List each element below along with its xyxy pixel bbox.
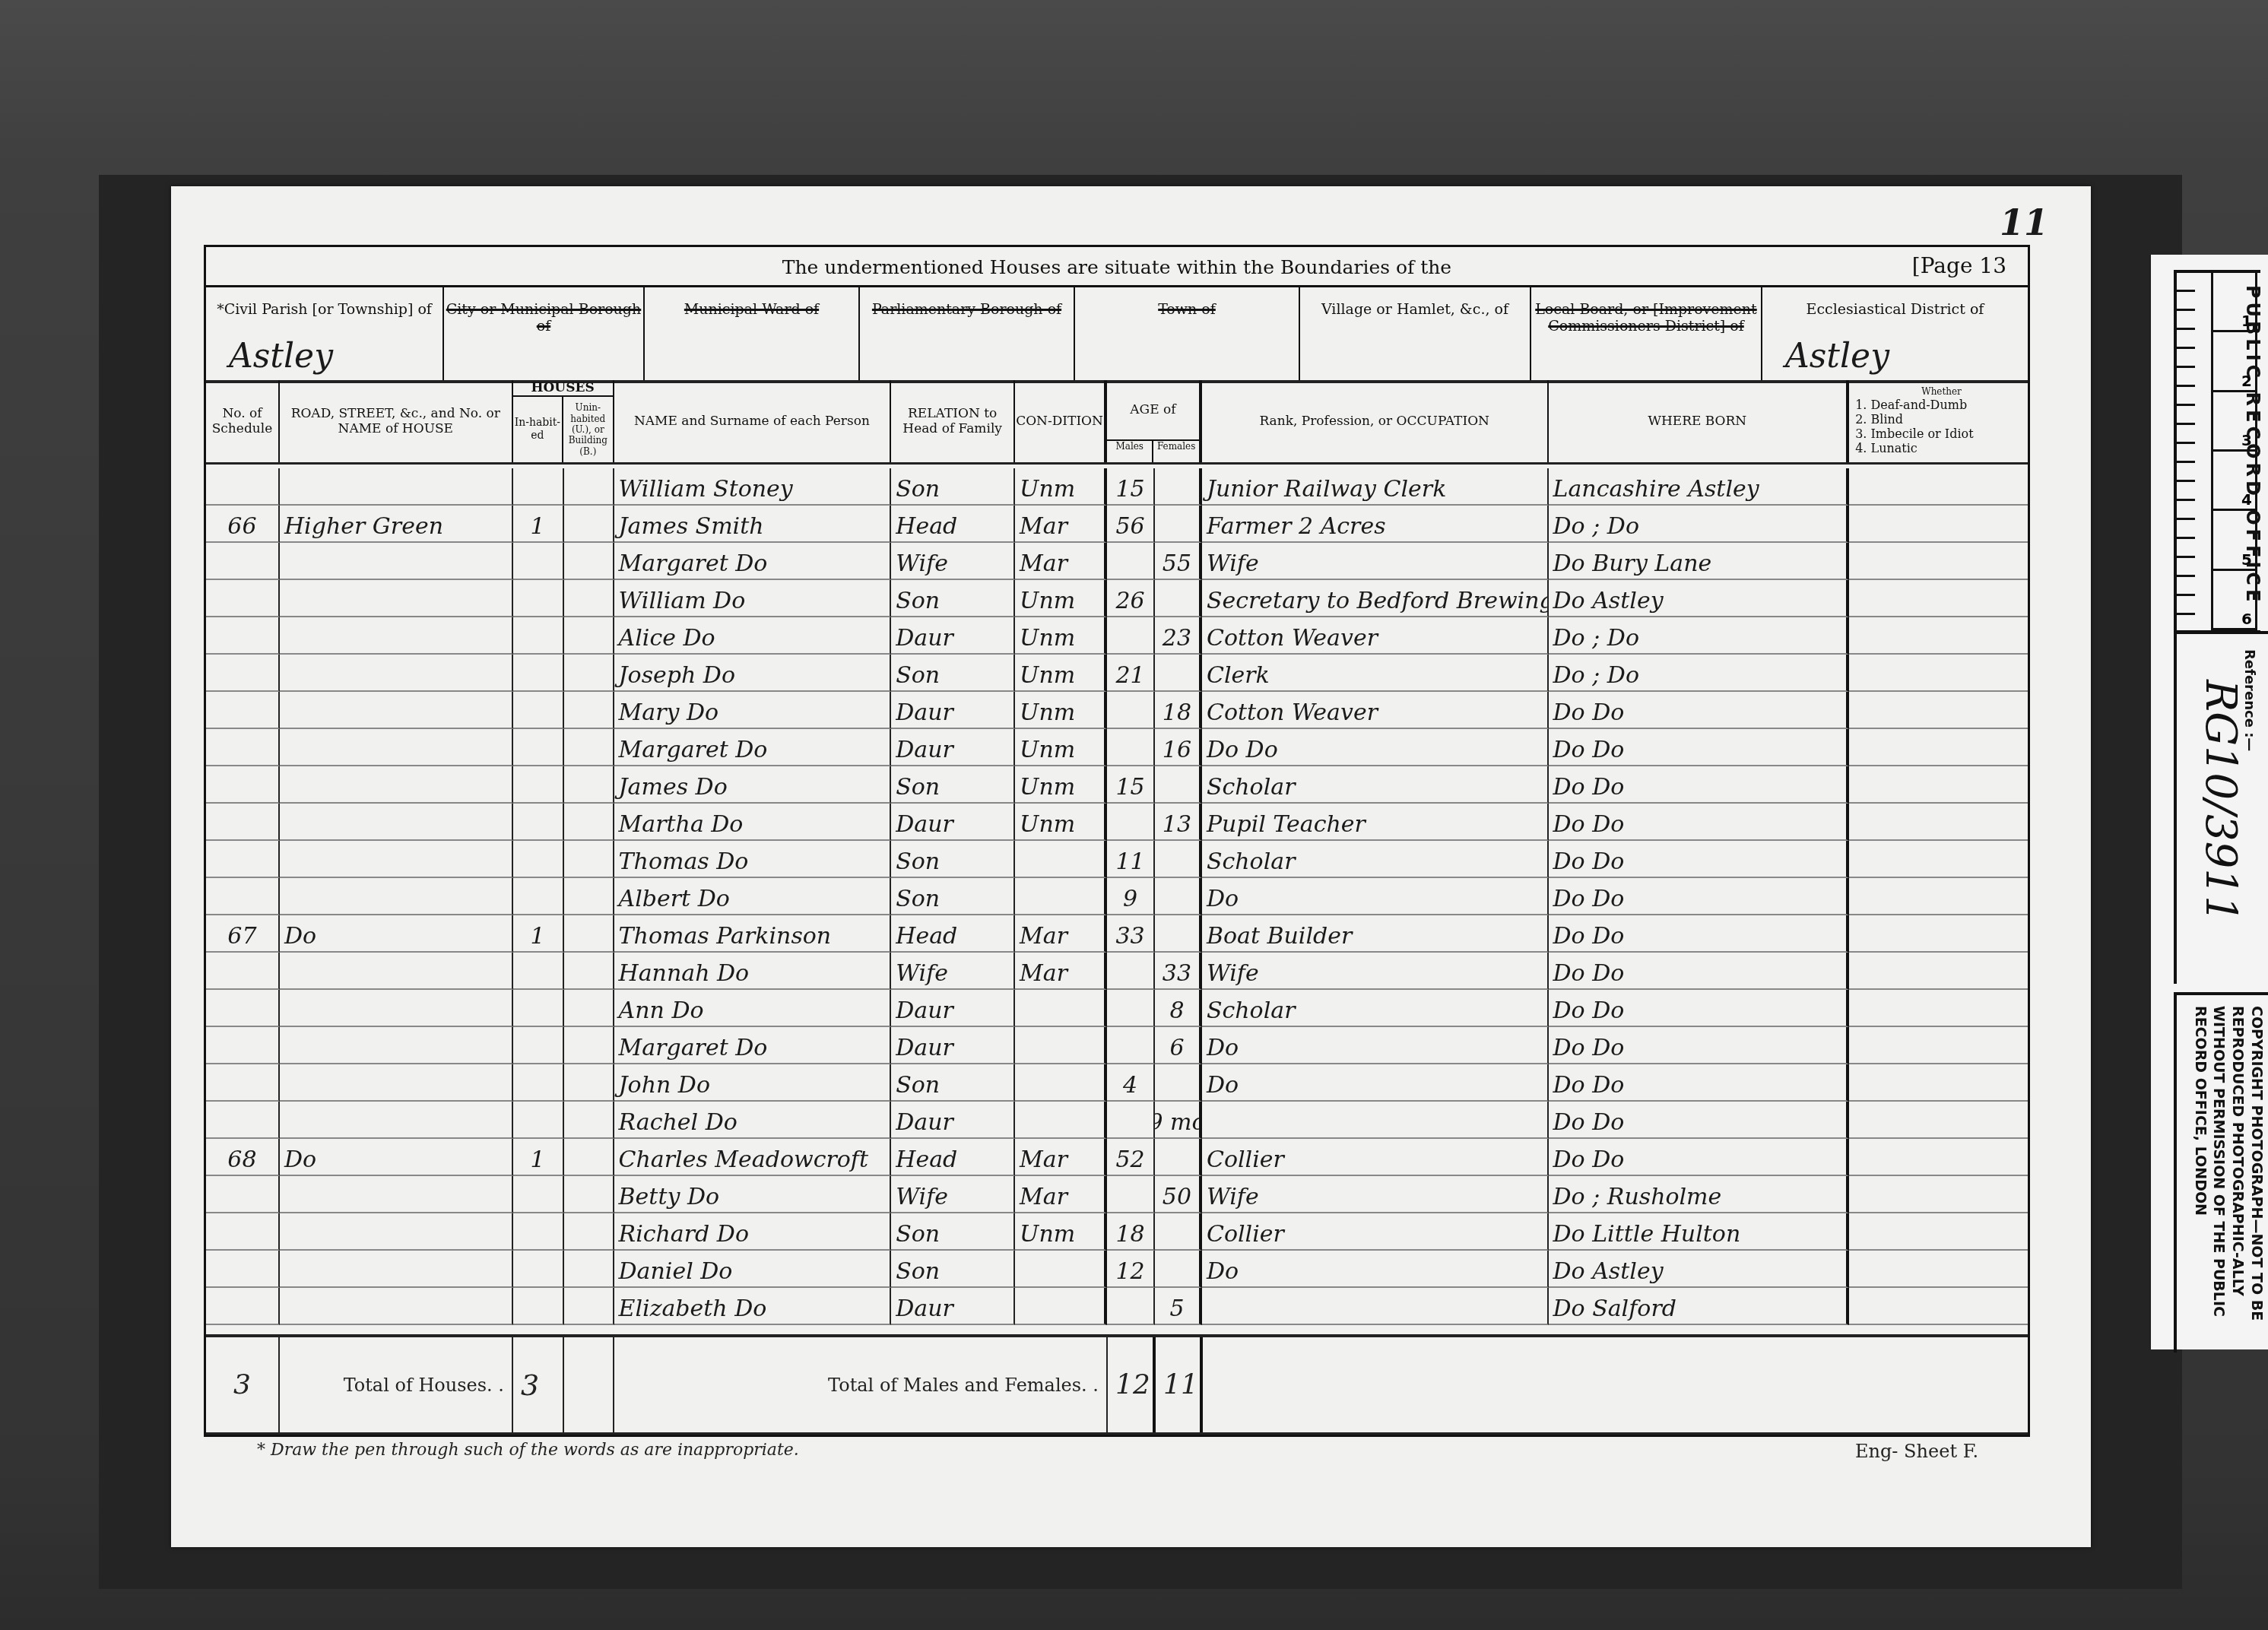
relation-cell: Head <box>891 506 1015 543</box>
road-cell <box>280 878 513 915</box>
relation-cell: Head <box>891 1139 1015 1176</box>
schedule-cell <box>206 1064 280 1102</box>
relation-cell: Son <box>891 766 1015 804</box>
schedule-cell <box>206 692 280 729</box>
female-age-cell <box>1155 1251 1202 1288</box>
form-title: The undermentioned Houses are situate wi… <box>206 256 2028 278</box>
uninhabited-cell <box>564 878 614 915</box>
condition-cell: Unm <box>1015 617 1107 655</box>
male-age-cell: 33 <box>1107 915 1155 953</box>
where-born-cell: Do ; Do <box>1549 506 1850 543</box>
col-occupation: Rank, Profession, or OCCUPATION <box>1202 380 1549 462</box>
table-row: Mary DoDaurUnm18Cotton WeaverDo Do <box>206 692 2028 729</box>
table-row: 67Do1Thomas ParkinsonHeadMar33Boat Build… <box>206 915 2028 953</box>
inhabited-cell <box>513 617 564 655</box>
boundary-label: Village or Hamlet, &c., of <box>1300 301 1530 318</box>
infirmity-cell <box>1849 506 2028 543</box>
male-age-cell <box>1107 617 1155 655</box>
record-office-strip: 1 2 3 4 5 6 PUBLIC RECORD OFFICE Referen… <box>2149 255 2268 1349</box>
table-row: William DoSonUnm26Secretary to Bedford B… <box>206 580 2028 617</box>
inhabited-cell <box>513 1064 564 1102</box>
where-born-cell: Do Astley <box>1549 580 1850 617</box>
schedule-cell <box>206 1176 280 1213</box>
where-born-cell: Do Bury Lane <box>1549 543 1850 580</box>
table-row: Thomas DoSon11ScholarDo Do <box>206 841 2028 878</box>
where-born-cell: Do ; Do <box>1549 617 1850 655</box>
schedule-cell: 67 <box>206 915 280 953</box>
total-females: 11 <box>1156 1337 1203 1432</box>
condition-cell: Unm <box>1015 729 1107 766</box>
inhabited-cell <box>513 543 564 580</box>
road-cell <box>280 804 513 841</box>
where-born-cell: Do Do <box>1549 1102 1850 1139</box>
ecclesiastical-district-cell: Ecclesiastical District of Astley <box>1762 287 2028 380</box>
name-cell: James Do <box>614 766 892 804</box>
col-condition: CON-DITION <box>1015 380 1107 462</box>
total-uninhabited <box>564 1337 614 1432</box>
occupation-cell: Junior Railway Clerk <box>1202 468 1549 506</box>
female-age-cell: 23 <box>1155 617 1202 655</box>
uninhabited-cell <box>564 543 614 580</box>
schedule-cell <box>206 1288 280 1325</box>
infirmity-cell <box>1849 1139 2028 1176</box>
occupation-cell: Do Do <box>1202 729 1549 766</box>
female-age-cell: 5 <box>1155 1288 1202 1325</box>
table-row: Elizabeth DoDaur5Do Salford <box>206 1288 2028 1325</box>
table-row: Albert DoSon9DoDo Do <box>206 878 2028 915</box>
occupation-cell: Scholar <box>1202 990 1549 1027</box>
record-office-title: PUBLIC RECORD OFFICE <box>2242 285 2263 605</box>
road-cell: Do <box>280 915 513 953</box>
relation-cell: Son <box>891 468 1015 506</box>
name-cell: Alice Do <box>614 617 892 655</box>
relation-cell: Wife <box>891 543 1015 580</box>
inhabited-cell <box>513 953 564 990</box>
road-cell: Do <box>280 1139 513 1176</box>
condition-cell: Mar <box>1015 1176 1107 1213</box>
female-age-cell: 6 <box>1155 1027 1202 1064</box>
infirmity-cell <box>1849 766 2028 804</box>
relation-cell: Son <box>891 655 1015 692</box>
relation-cell: Daur <box>891 1288 1015 1325</box>
inhabited-cell <box>513 1176 564 1213</box>
relation-cell: Daur <box>891 804 1015 841</box>
page-number-stamp: 11 <box>2000 202 2048 243</box>
where-born-cell: Do Do <box>1549 729 1850 766</box>
uninhabited-cell <box>564 617 614 655</box>
female-age-cell <box>1155 1139 1202 1176</box>
inhabited-cell <box>513 1288 564 1325</box>
uninhabited-cell <box>564 1102 614 1139</box>
road-cell <box>280 692 513 729</box>
relation-cell: Son <box>891 1213 1015 1251</box>
name-cell: Betty Do <box>614 1176 892 1213</box>
name-cell: William Stoney <box>614 468 892 506</box>
inhabited-cell <box>513 804 564 841</box>
municipal-borough-cell: City or Municipal Borough of <box>444 287 645 380</box>
municipal-ward-cell: Municipal Ward of <box>645 287 860 380</box>
inch-ticks <box>2177 273 2213 630</box>
infirmity-cell <box>1849 1176 2028 1213</box>
uninhabited-cell <box>564 766 614 804</box>
boundary-label: Ecclesiastical District of <box>1762 301 2028 318</box>
table-row: Hannah DoWifeMar33WifeDo Do <box>206 953 2028 990</box>
total-males: 12 <box>1108 1337 1156 1432</box>
relation-cell: Daur <box>891 692 1015 729</box>
col-males: Males <box>1107 441 1153 462</box>
occupation-cell: Wife <box>1202 1176 1549 1213</box>
schedule-cell <box>206 878 280 915</box>
where-born-cell: Lancashire Astley <box>1549 468 1850 506</box>
occupation-cell: Do <box>1202 878 1549 915</box>
road-cell <box>280 655 513 692</box>
infirmity-cell <box>1849 841 2028 878</box>
male-age-cell: 12 <box>1107 1251 1155 1288</box>
road-cell <box>280 953 513 990</box>
female-age-cell <box>1155 580 1202 617</box>
female-age-cell <box>1155 468 1202 506</box>
name-cell: Daniel Do <box>614 1251 892 1288</box>
relation-cell: Wife <box>891 953 1015 990</box>
occupation-cell: Pupil Teacher <box>1202 804 1549 841</box>
uninhabited-cell <box>564 953 614 990</box>
schedule-cell <box>206 655 280 692</box>
name-cell: Elizabeth Do <box>614 1288 892 1325</box>
uninhabited-cell <box>564 1251 614 1288</box>
occupation-cell: Do <box>1202 1251 1549 1288</box>
sheet-mark: Eng- Sheet F. <box>1855 1441 1978 1462</box>
male-age-cell <box>1107 692 1155 729</box>
road-cell: Higher Green <box>280 506 513 543</box>
table-row: 68Do1Charles MeadowcroftHeadMar52Collier… <box>206 1139 2028 1176</box>
name-cell: Margaret Do <box>614 729 892 766</box>
condition-cell: Unm <box>1015 580 1107 617</box>
name-cell: Rachel Do <box>614 1102 892 1139</box>
schedule-cell <box>206 1102 280 1139</box>
inhabited-cell <box>513 878 564 915</box>
column-headers: No. of Schedule ROAD, STREET, &c., and N… <box>206 380 2028 465</box>
road-cell <box>280 1251 513 1288</box>
col-inhabited: In-habit-ed <box>513 397 563 462</box>
age-label: AGE of <box>1130 380 1175 439</box>
table-row: Margaret DoWifeMar55WifeDo Bury Lane <box>206 543 2028 580</box>
condition-cell: Unm <box>1015 766 1107 804</box>
uninhabited-cell <box>564 990 614 1027</box>
col-name: NAME and Surname of each Person <box>614 380 892 462</box>
male-age-cell: 52 <box>1107 1139 1155 1176</box>
inhabited-cell: 1 <box>513 915 564 953</box>
uninhabited-cell <box>564 506 614 543</box>
census-entries: William StoneySonUnm15Junior Railway Cle… <box>206 462 2028 1329</box>
where-born-cell: Do Do <box>1549 990 1850 1027</box>
road-cell <box>280 617 513 655</box>
occupation-cell <box>1202 1288 1549 1325</box>
condition-cell: Mar <box>1015 953 1107 990</box>
total-houses-label: Total of Houses. . <box>280 1337 513 1432</box>
where-born-cell: Do Astley <box>1549 1251 1850 1288</box>
road-cell <box>280 1176 513 1213</box>
condition-cell: Mar <box>1015 1139 1107 1176</box>
female-age-cell <box>1155 1064 1202 1102</box>
where-born-cell: Do ; Rusholme <box>1549 1176 1850 1213</box>
condition-cell: Mar <box>1015 915 1107 953</box>
where-born-cell: Do Do <box>1549 1027 1850 1064</box>
male-age-cell: 11 <box>1107 841 1155 878</box>
name-cell: Charles Meadowcroft <box>614 1139 892 1176</box>
col-houses: HOUSES In-habit-ed Unin-habited (U.), or… <box>513 380 614 462</box>
female-age-cell: 50 <box>1155 1176 1202 1213</box>
col-relation: RELATION to Head of Family <box>891 380 1015 462</box>
uninhabited-cell <box>564 1288 614 1325</box>
uninhabited-cell <box>564 915 614 953</box>
schedule-cell <box>206 841 280 878</box>
female-age-cell: 13 <box>1155 804 1202 841</box>
relation-cell: Daur <box>891 990 1015 1027</box>
road-cell <box>280 990 513 1027</box>
infirmity-cell <box>1849 543 2028 580</box>
condition-cell <box>1015 1027 1107 1064</box>
condition-cell <box>1015 1102 1107 1139</box>
female-age-cell <box>1155 766 1202 804</box>
name-cell: Joseph Do <box>614 655 892 692</box>
inhabited-cell <box>513 1251 564 1288</box>
relation-cell: Son <box>891 1251 1015 1288</box>
schedule-cell <box>206 1213 280 1251</box>
condition-cell: Mar <box>1015 543 1107 580</box>
civil-parish-cell: *Civil Parish [or Township] of Astley <box>206 287 444 380</box>
infirmity-cell <box>1849 1251 2028 1288</box>
name-cell: Martha Do <box>614 804 892 841</box>
occupation-cell: Boat Builder <box>1202 915 1549 953</box>
infirmity-cell <box>1849 1213 2028 1251</box>
road-cell <box>280 468 513 506</box>
total-persons-label: Total of Males and Females. . <box>614 1337 1108 1432</box>
census-form: [Page 13 The undermentioned Houses are s… <box>204 245 2030 1437</box>
reference-box: Reference :— RG10/3911 <box>2174 631 2268 984</box>
road-cell <box>280 1102 513 1139</box>
male-age-cell <box>1107 729 1155 766</box>
where-born-cell: Do Salford <box>1549 1288 1850 1325</box>
schedule-cell: 66 <box>206 506 280 543</box>
occupation-cell: Collier <box>1202 1213 1549 1251</box>
footnote: * Draw the pen through such of the words… <box>257 1441 799 1460</box>
male-age-cell: 15 <box>1107 766 1155 804</box>
infirmity-cell <box>1849 1027 2028 1064</box>
relation-cell: Wife <box>891 1176 1015 1213</box>
name-cell: William Do <box>614 580 892 617</box>
infirmity-cell <box>1849 1064 2028 1102</box>
uninhabited-cell <box>564 804 614 841</box>
name-cell: Hannah Do <box>614 953 892 990</box>
boundary-label: City or Municipal Borough of <box>444 301 643 335</box>
where-born-cell: Do Little Hulton <box>1549 1213 1850 1251</box>
total-houses-value: 3 <box>513 1337 564 1432</box>
occupation-cell: Scholar <box>1202 841 1549 878</box>
schedule-cell <box>206 543 280 580</box>
occupation-cell: Clerk <box>1202 655 1549 692</box>
female-age-cell <box>1155 1213 1202 1251</box>
relation-cell: Son <box>891 580 1015 617</box>
inhabited-cell <box>513 692 564 729</box>
total-blank <box>1203 1337 2028 1432</box>
table-row: Rachel DoDaur9 moDo Do <box>206 1102 2028 1139</box>
uninhabited-cell <box>564 1139 614 1176</box>
male-age-cell: 9 <box>1107 878 1155 915</box>
inhabited-cell <box>513 729 564 766</box>
male-age-cell: 15 <box>1107 468 1155 506</box>
table-row: Betty DoWifeMar50WifeDo ; Rusholme <box>206 1176 2028 1213</box>
road-cell <box>280 543 513 580</box>
table-row: Margaret DoDaur6DoDo Do <box>206 1027 2028 1064</box>
totals-row: 3 Total of Houses. . 3 Total of Males an… <box>206 1334 2028 1435</box>
name-cell: James Smith <box>614 506 892 543</box>
parliamentary-borough-cell: Parliamentary Borough of <box>860 287 1075 380</box>
road-cell <box>280 580 513 617</box>
relation-cell: Son <box>891 1064 1015 1102</box>
reference-value: RG10/3911 <box>2196 680 2245 923</box>
relation-cell: Daur <box>891 617 1015 655</box>
infirmity-cell <box>1849 655 2028 692</box>
occupation-cell: Do <box>1202 1027 1549 1064</box>
female-age-cell: 33 <box>1155 953 1202 990</box>
infirmity-cell <box>1849 692 2028 729</box>
schedule-cell: 68 <box>206 1139 280 1176</box>
inhabited-cell <box>513 990 564 1027</box>
copyright-notice: COPYRIGHT PHOTOGRAPH—NOT TO BE REPRODUCE… <box>2190 1006 2266 1353</box>
table-row: William StoneySonUnm15Junior Railway Cle… <box>206 468 2028 506</box>
relation-cell: Daur <box>891 729 1015 766</box>
male-age-cell <box>1107 953 1155 990</box>
male-age-cell: 26 <box>1107 580 1155 617</box>
uninhabited-cell <box>564 841 614 878</box>
table-row: Richard DoSonUnm18CollierDo Little Hulto… <box>206 1213 2028 1251</box>
whether-item: 4. Lunatic <box>1855 441 1917 455</box>
where-born-cell: Do Do <box>1549 766 1850 804</box>
houses-label: HOUSES <box>513 380 613 397</box>
boundaries-header: *Civil Parish [or Township] of Astley Ci… <box>206 285 2028 383</box>
table-row: Joseph DoSonUnm21ClerkDo ; Do <box>206 655 2028 692</box>
condition-cell: Unm <box>1015 804 1107 841</box>
col-females: Females <box>1153 441 1198 462</box>
name-cell: Margaret Do <box>614 1027 892 1064</box>
name-cell: John Do <box>614 1064 892 1102</box>
female-age-cell: 55 <box>1155 543 1202 580</box>
inhabited-cell <box>513 841 564 878</box>
occupation-cell <box>1202 1102 1549 1139</box>
occupation-cell: Scholar <box>1202 766 1549 804</box>
table-row: Daniel DoSon12DoDo Astley <box>206 1251 2028 1288</box>
male-age-cell <box>1107 1027 1155 1064</box>
civil-parish-value: Astley <box>229 337 333 376</box>
boundary-label: Parliamentary Borough of <box>860 301 1074 318</box>
male-age-cell: 18 <box>1107 1213 1155 1251</box>
name-cell: Albert Do <box>614 878 892 915</box>
where-born-cell: Do ; Do <box>1549 655 1850 692</box>
female-age-cell: 8 <box>1155 990 1202 1027</box>
uninhabited-cell <box>564 1027 614 1064</box>
male-age-cell <box>1107 543 1155 580</box>
male-age-cell <box>1107 990 1155 1027</box>
schedule-cell <box>206 729 280 766</box>
relation-cell: Daur <box>891 1027 1015 1064</box>
uninhabited-cell <box>564 1213 614 1251</box>
infirmity-cell <box>1849 1102 2028 1139</box>
relation-cell: Head <box>891 915 1015 953</box>
schedule-cell <box>206 766 280 804</box>
female-age-cell <box>1155 506 1202 543</box>
infirmity-cell <box>1849 580 2028 617</box>
schedule-cell <box>206 468 280 506</box>
male-age-cell: 4 <box>1107 1064 1155 1102</box>
occupation-cell: Farmer 2 Acres <box>1202 506 1549 543</box>
schedule-cell <box>206 1251 280 1288</box>
col-age: AGE of Males Females <box>1107 380 1202 462</box>
table-row: 66Higher Green1James SmithHeadMar56Farme… <box>206 506 2028 543</box>
col-schedule: No. of Schedule <box>206 380 280 462</box>
whether-title: Whether <box>1921 386 1962 397</box>
name-cell: Mary Do <box>614 692 892 729</box>
where-born-cell: Do Do <box>1549 878 1850 915</box>
male-age-cell <box>1107 1102 1155 1139</box>
infirmity-cell <box>1849 990 2028 1027</box>
name-cell: Thomas Do <box>614 841 892 878</box>
inhabited-cell <box>513 468 564 506</box>
female-age-cell <box>1155 915 1202 953</box>
total-schedules: 3 <box>206 1337 280 1432</box>
table-row: Ann DoDaur8ScholarDo Do <box>206 990 2028 1027</box>
uninhabited-cell <box>564 1176 614 1213</box>
schedule-cell <box>206 990 280 1027</box>
road-cell <box>280 841 513 878</box>
road-cell <box>280 1027 513 1064</box>
schedule-cell <box>206 617 280 655</box>
table-row: Margaret DoDaurUnm16Do DoDo Do <box>206 729 2028 766</box>
name-cell: Ann Do <box>614 990 892 1027</box>
female-age-cell <box>1155 841 1202 878</box>
condition-cell <box>1015 841 1107 878</box>
table-row: James DoSonUnm15ScholarDo Do <box>206 766 2028 804</box>
condition-cell <box>1015 878 1107 915</box>
infirmity-cell <box>1849 878 2028 915</box>
whether-item: 1. Deaf-and-Dumb <box>1855 398 1967 412</box>
condition-cell <box>1015 1064 1107 1102</box>
schedule-cell <box>206 953 280 990</box>
occupation-cell: Collier <box>1202 1139 1549 1176</box>
boundary-label: Municipal Ward of <box>645 301 858 318</box>
uninhabited-cell <box>564 655 614 692</box>
whether-item: 3. Imbecile or Idiot <box>1855 427 1973 441</box>
table-row: John DoSon4DoDo Do <box>206 1064 2028 1102</box>
col-where-born: WHERE BORN <box>1549 380 1850 462</box>
infirmity-cell <box>1849 804 2028 841</box>
name-cell: Thomas Parkinson <box>614 915 892 953</box>
relation-cell: Daur <box>891 1102 1015 1139</box>
male-age-cell: 56 <box>1107 506 1155 543</box>
road-cell <box>280 1064 513 1102</box>
road-cell <box>280 1213 513 1251</box>
uninhabited-cell <box>564 468 614 506</box>
where-born-cell: Do Do <box>1549 841 1850 878</box>
condition-cell: Unm <box>1015 1213 1107 1251</box>
relation-cell: Son <box>891 841 1015 878</box>
occupation-cell: Cotton Weaver <box>1202 692 1549 729</box>
road-cell <box>280 729 513 766</box>
relation-cell: Son <box>891 878 1015 915</box>
female-age-cell: 9 mo <box>1155 1102 1202 1139</box>
inhabited-cell: 1 <box>513 506 564 543</box>
inhabited-cell <box>513 655 564 692</box>
infirmity-cell <box>1849 468 2028 506</box>
